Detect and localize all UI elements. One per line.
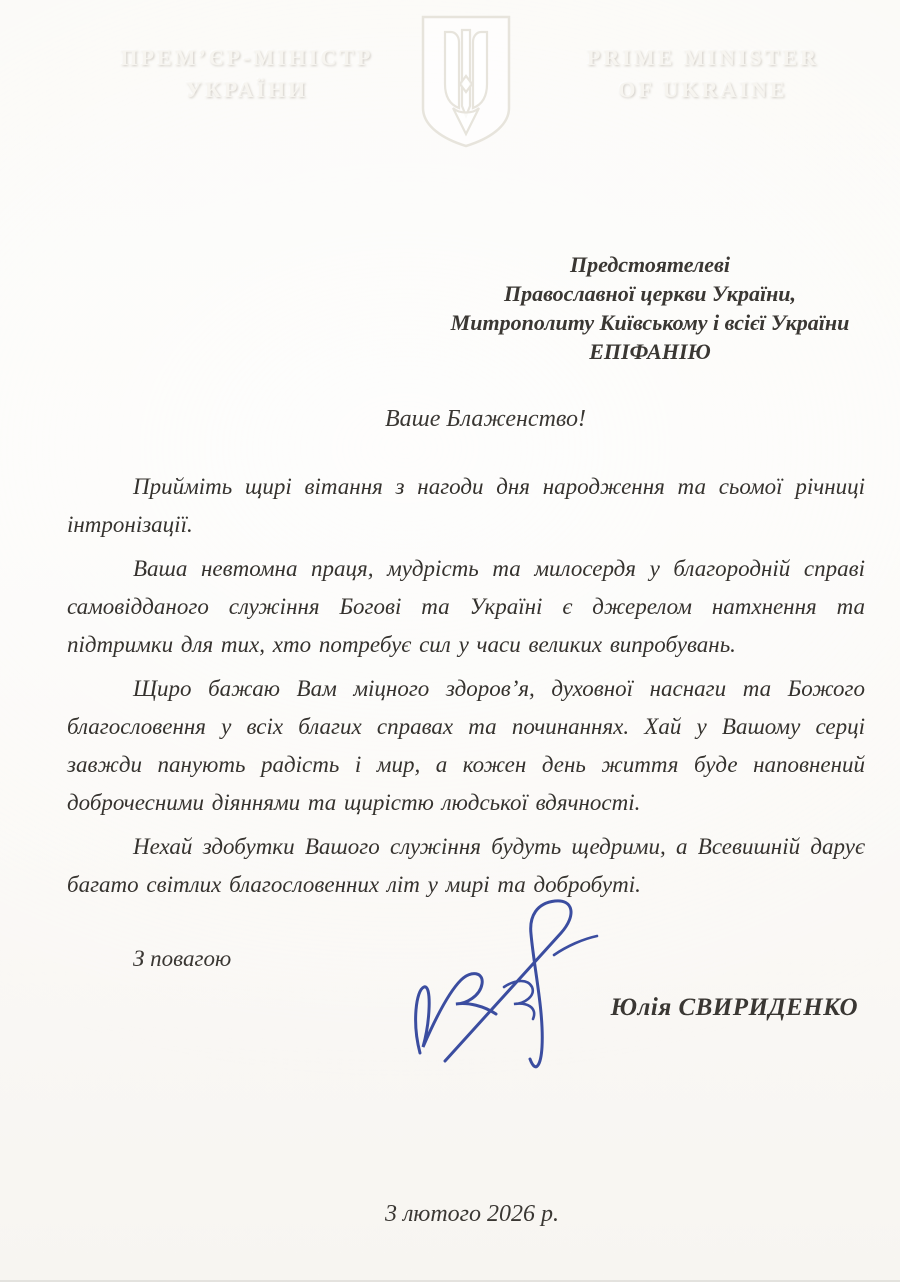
letter-body: Прийміть щирі вітання з нагоди дня народ… [67,468,865,910]
valediction: З повагою [133,946,231,972]
signer-name: Юлія СВИРИДЕНКО [438,994,858,1022]
letterhead-title-ukrainian: ПРЕМ’ЄР-МІНІСТР УКРАЇНИ [92,42,402,106]
recipient-line: Православної церкви України, [435,279,865,308]
recipient-name: ЕПІФАНІЮ [435,337,865,366]
recipient-line: Предстоятелеві [435,250,865,279]
paragraph: Прийміть щирі вітання з нагоди дня народ… [67,468,865,544]
letterhead-line: PRIME MINISTER [548,42,858,74]
salutation: Ваше Блаженство! [385,406,586,433]
recipient-line: Митрополиту Київському і всієї України [435,308,865,337]
letterhead-line: ПРЕМ’ЄР-МІНІСТР [92,42,402,74]
letterhead-line: OF UKRAINE [548,74,858,106]
letter-page: ПРЕМ’ЄР-МІНІСТР УКРАЇНИ PRIME MINISTER O… [0,0,900,1282]
letterhead-line: УКРАЇНИ [92,74,402,106]
letter-date: 3 лютого 2026 р. [0,1201,900,1228]
recipient-address-block: Предстоятелеві Православної церкви Украї… [435,250,865,366]
ukraine-trident-emblem-icon [415,12,517,150]
paragraph: Щиро бажаю Вам міцного здоров’я, духовно… [67,670,865,822]
handwritten-signature [403,891,615,1083]
letterhead-title-english: PRIME MINISTER OF UKRAINE [548,42,858,106]
paragraph: Ваша невтомна праця, мудрість та милосер… [67,550,865,664]
